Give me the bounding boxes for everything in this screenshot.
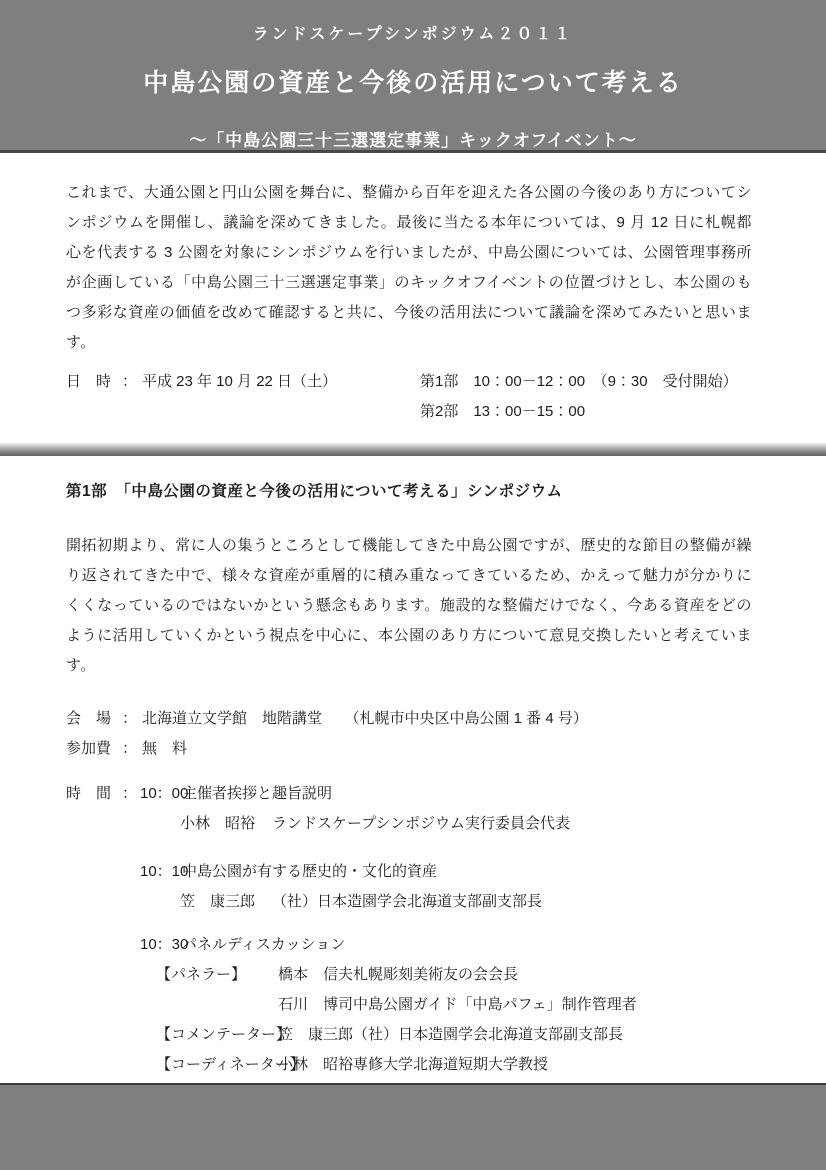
- speaker-affiliation: 専修大学北海道短期大学教授: [353, 1050, 548, 1080]
- schedule-row: 10：30 パネルディスカッション: [66, 930, 752, 960]
- speaker-name: 小林 昭裕: [278, 1050, 353, 1080]
- schedule-title: パネルディスカッション: [182, 930, 345, 960]
- datetime-row: 第2部 13：00－15：00: [66, 397, 752, 427]
- schedule-row: 石川 博司 中島公園ガイド「中島パフェ」制作管理者: [66, 990, 752, 1020]
- colon-separator: ：: [122, 704, 137, 734]
- colon-separator: ：: [122, 779, 137, 809]
- section1-heading: 第1部 「中島公園の資産と今後の活用について考える」シンポジウム: [66, 477, 752, 507]
- speaker-name: 笠 康三郎: [278, 1020, 353, 1050]
- fee-row: 参加費 ： 無 料: [66, 734, 752, 764]
- speaker-name: 笠 康三郎: [180, 887, 255, 917]
- speaker-name: 橋本 信夫: [278, 960, 353, 990]
- speaker-affiliation: （社）日本造園学会北海道支部副支部長: [272, 887, 542, 917]
- flyer-body: これまで、大通公園と円山公園を舞台に、整備から百年を迎えた各公園の今後のあり方に…: [0, 178, 826, 1124]
- speaker-affiliation: 中島公園ガイド「中島パフェ」制作管理者: [353, 990, 637, 1020]
- colon-separator: ：: [122, 367, 137, 397]
- intro-paragraph: これまで、大通公園と円山公園を舞台に、整備から百年を迎えた各公園の今後のあり方に…: [66, 178, 752, 358]
- section1-paragraph: 開拓初期より、常に人の集うところとして機能してきた中島公園ですが、歴史的な節目の…: [66, 531, 752, 681]
- event-name: ランドスケープシンポジウム２０１１: [0, 0, 826, 44]
- venue-row: 会 場 ： 北海道立文学館 地階講堂 （札幌市中央区中島公園 1 番 4 号）: [66, 704, 752, 734]
- event-date: 平成 23 年 10 月 22 日（土）: [142, 367, 337, 397]
- speaker-name: 石川 博司: [278, 990, 353, 1020]
- panel-role: 【コメンテーター】: [156, 1020, 291, 1050]
- part1-time: 第1部 10：00－12：00 （9：30 受付開始）: [420, 367, 738, 397]
- venue-value: 北海道立文学館 地階講堂 （札幌市中央区中島公園 1 番 4 号）: [142, 704, 588, 734]
- fee-label: 参加費: [66, 734, 111, 764]
- speaker-affiliation: ランドスケープシンポジウム実行委員会代表: [272, 809, 570, 839]
- speaker-affiliation: （社）日本造園学会北海道支部副支部長: [353, 1020, 623, 1050]
- venue-block: 会 場 ： 北海道立文学館 地階講堂 （札幌市中央区中島公園 1 番 4 号） …: [66, 704, 752, 764]
- schedule-row: 【パネラー】 橋本 信夫 札幌彫刻美術友の会会長: [66, 960, 752, 990]
- schedule-title: 中島公園が有する歴史的・文化的資産: [182, 857, 437, 887]
- panel-role: 【パネラー】: [156, 960, 246, 990]
- schedule-row: 時 間 ： 10：00 主催者挨拶と趣旨説明: [66, 779, 752, 809]
- schedule-row: 【コーディネーター】 小林 昭裕 専修大学北海道短期大学教授: [66, 1050, 752, 1080]
- subtitle: 〜「中島公園三十三選選定事業」キックオフイベント〜: [0, 126, 826, 151]
- speaker-affiliation: 札幌彫刻美術友の会会長: [353, 960, 518, 990]
- page-title: 中島公園の資産と今後の活用について考える: [0, 63, 826, 99]
- datetime-block: 日 時 ： 平成 23 年 10 月 22 日（土） 第1部 10：00－12：…: [66, 367, 752, 427]
- schedule-row: 笠 康三郎 （社）日本造園学会北海道支部副支部長: [66, 887, 752, 917]
- schedule-title: 主催者挨拶と趣旨説明: [182, 779, 332, 809]
- header-banner: ランドスケープシンポジウム２０１１ 中島公園の資産と今後の活用について考える 〜…: [0, 0, 826, 153]
- fee-value: 無 料: [142, 734, 187, 764]
- venue-label: 会 場: [66, 704, 111, 734]
- schedule-row: 【コメンテーター】 笠 康三郎 （社）日本造園学会北海道支部副支部長: [66, 1020, 752, 1050]
- schedule-block: 時 間 ： 10：00 主催者挨拶と趣旨説明 小林 昭裕 ランドスケープシンポジ…: [66, 779, 752, 1124]
- schedule-row: 小林 昭裕 ランドスケープシンポジウム実行委員会代表: [66, 809, 752, 839]
- schedule-row: 10：10 中島公園が有する歴史的・文化的資産: [66, 857, 752, 887]
- part2-time: 第2部 13：00－15：00: [420, 397, 585, 427]
- colon-separator: ：: [122, 734, 137, 764]
- speaker-name: 小林 昭裕: [180, 809, 255, 839]
- section-divider: [0, 443, 826, 456]
- datetime-row: 日 時 ： 平成 23 年 10 月 22 日（土） 第1部 10：00－12：…: [66, 367, 752, 397]
- footer-banner: [0, 1083, 826, 1170]
- time-label: 時 間: [66, 779, 111, 809]
- flyer-page: ランドスケープシンポジウム２０１１ 中島公園の資産と今後の活用について考える 〜…: [0, 0, 826, 1170]
- datetime-label: 日 時: [66, 367, 111, 397]
